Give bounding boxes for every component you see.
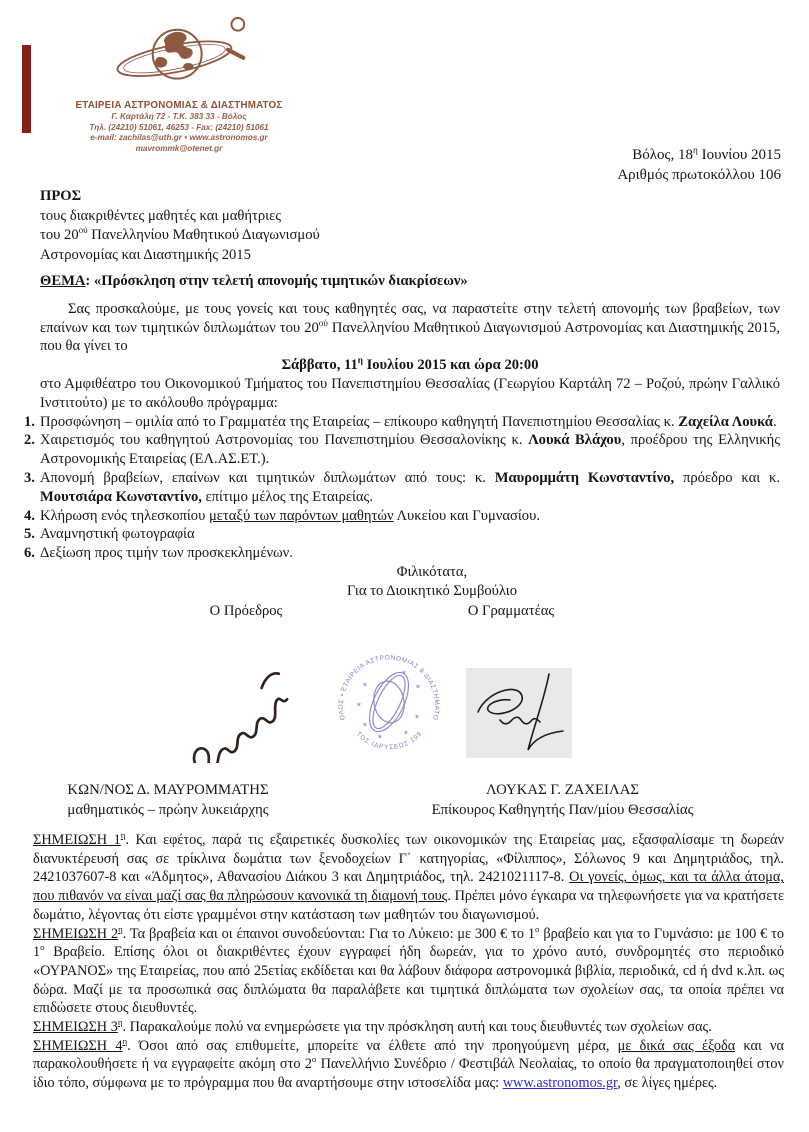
date-line: Βόλος, 18η Ιουνίου 2015 <box>617 146 781 166</box>
program-item: 5. Αναμνηστική φωτογραφία <box>24 525 780 544</box>
svg-text:✶: ✶ <box>414 713 420 721</box>
item-text: Χαιρετισμός του καθηγητού Αστρονομίας το… <box>40 432 780 467</box>
scanned-letter-page: ΕΤΑΙΡΕΙΑ ΑΣΤΡΟΝΟΜΙΑΣ & ΔΙΑΣΤΗΜΑΤΟΣ Γ. Κα… <box>0 0 809 1132</box>
org-email-2: mavrommk@otenet.gr <box>74 144 284 155</box>
note-1: ΣΗΜΕΙΩΣΗ 1η. Και εφέτος, παρά τις εξαιρε… <box>33 831 784 925</box>
officer-labels-row: Ο Πρόεδρος Ο Γραμματέας <box>40 602 780 621</box>
item-number: 5. <box>24 525 35 544</box>
stamp-planet-icon <box>361 667 416 738</box>
president-signature <box>183 659 299 763</box>
note-4: ΣΗΜΕΙΩΣΗ 4η. Όσοι από σας επιθυμείτε, μπ… <box>33 1037 784 1093</box>
svg-text:✶: ✶ <box>377 733 383 741</box>
org-name: ΕΤΑΙΡΕΙΑ ΑΣΤΡΟΝΟΜΙΑΣ & ΔΙΑΣΤΗΜΑΤΟΣ <box>74 100 284 112</box>
closing-board-line: Για το Διοικητικό Συμβούλιο <box>40 582 780 601</box>
letterhead: ΕΤΑΙΡΕΙΑ ΑΣΤΡΟΝΟΜΙΑΣ & ΔΙΑΣΤΗΜΑΤΟΣ Γ. Κα… <box>74 14 284 154</box>
item-number: 3. <box>24 469 35 488</box>
closing-block: Φιλικότατα, Για το Διοικητικό Συμβούλιο … <box>40 563 780 622</box>
org-phone-fax: Τηλ. (24210) 51061, 46253 - Fax: (24210)… <box>74 123 284 134</box>
stamp-stars: ✶✶✶ ✶✶✶ ✶✶ <box>356 669 421 741</box>
recipient-line-1: τους διακριθέντες μαθητές και μαθήτριες <box>40 207 780 227</box>
item-text: Απονομή βραβείων, επαίνων και τιμητικών … <box>40 470 780 505</box>
date-block: Βόλος, 18η Ιουνίου 2015 Αριθμός πρωτοκόλ… <box>617 146 781 185</box>
program-item: 3. Απονομή βραβείων, επαίνων και τιμητικ… <box>24 469 780 507</box>
item-number: 1. <box>24 413 35 432</box>
svg-text:✶: ✶ <box>415 683 421 691</box>
protocol-number-line: Αριθμός πρωτοκόλλου 106 <box>617 166 781 186</box>
subject-line: ΘΕΜΑ: «Πρόσκληση στην τελετή απονομής τι… <box>40 272 780 291</box>
red-scan-mark <box>22 45 31 133</box>
program-list: 1. Προσφώνηση – ομιλία από το Γραμματέα … <box>40 413 780 563</box>
secretary-label: Ο Γραμματέας <box>401 602 621 621</box>
secretary-signature-box <box>466 668 572 758</box>
item-number: 2. <box>24 431 35 450</box>
svg-text:✶: ✶ <box>362 681 368 689</box>
closing-salutation: Φιλικότατα, <box>40 563 780 582</box>
president-name-block: ΚΩΝ/ΝΟΣ Δ. ΜΑΥΡΟΜΜΑΤΗΣ μαθηματικός – πρώ… <box>28 781 308 820</box>
item-text: Προσφώνηση – ομιλία από το Γραμματέα της… <box>40 414 777 430</box>
item-number: 6. <box>24 544 35 563</box>
comet-icon <box>228 50 243 58</box>
org-address: Γ. Καρτάλη 72 - Τ.Κ. 383 33 - Βόλος <box>74 112 284 123</box>
svg-text:✶: ✶ <box>401 669 407 677</box>
secretary-name-block: ΛΟΥΚΑΣ Γ. ΖΑΧΕΙΛΑΣ Επίκουρος Καθηγητής Π… <box>390 781 735 820</box>
venue-paragraph: στο Αμφιθέατρο του Οικονομικού Τμήματος … <box>40 375 780 413</box>
letter-body: ΠΡΟΣ τους διακριθέντες μαθητές και μαθήτ… <box>40 187 780 622</box>
program-item: 1. Προσφώνηση – ομιλία από το Γραμματέα … <box>24 413 780 432</box>
intro-paragraph: Σας προσκαλούμε, με τους γονείς και τους… <box>40 300 780 356</box>
program-item: 2. Χαιρετισμός του καθηγητού Αστρονομίας… <box>24 431 780 469</box>
recipient-line-2: του 20ού Πανελληνίου Μαθητικού Διαγωνισμ… <box>40 226 780 246</box>
secretary-title: Επίκουρος Καθηγητής Παν/μίου Θεσσαλίας <box>390 801 735 821</box>
notes-section: ΣΗΜΕΙΩΣΗ 1η. Και εφέτος, παρά τις εξαιρε… <box>33 831 784 1093</box>
item-text: Αναμνηστική φωτογραφία <box>40 526 195 542</box>
sun-icon <box>232 18 245 31</box>
recipient-heading: ΠΡΟΣ <box>40 187 780 207</box>
svg-text:✶: ✶ <box>362 721 368 729</box>
org-email-web: e-mail: zachilas@uth.gr • www.astronomos… <box>74 133 284 144</box>
president-name: ΚΩΝ/ΝΟΣ Δ. ΜΑΥΡΟΜΜΑΤΗΣ <box>28 781 308 801</box>
svg-text:✶: ✶ <box>356 701 362 709</box>
program-item: 6. Δεξίωση προς τιμήν των προσκεκλημένων… <box>24 544 780 563</box>
president-title: μαθηματικός – πρώην λυκειάρχης <box>28 801 308 821</box>
item-text: Δεξίωση προς τιμήν των προσκεκλημένων. <box>40 545 293 561</box>
society-stamp: ΒΟΛΟΣ • ΕΤΑΙΡΕΙΑ ΑΣΤΡΟΝΟΜΙΑΣ & ΔΙΑΣΤΗΜΑΤ… <box>335 647 443 755</box>
item-number: 4. <box>24 507 35 526</box>
website-link[interactable]: www.astronomos.gr <box>503 1075 617 1091</box>
signature-row: ΒΟΛΟΣ • ΕΤΑΙΡΕΙΑ ΑΣΤΡΟΝΟΜΙΑΣ & ΔΙΑΣΤΗΜΑΤ… <box>0 645 809 787</box>
note-3: ΣΗΜΕΙΩΣΗ 3η. Παρακαλούμε πολύ να ενημερώ… <box>33 1018 784 1037</box>
recipient-block: ΠΡΟΣ τους διακριθέντες μαθητές και μαθήτ… <box>40 187 780 265</box>
event-datetime-line: Σάββατο, 11η Ιουλίου 2015 και ώρα 20:00 <box>40 356 780 375</box>
note-2: ΣΗΜΕΙΩΣΗ 2η. Τα βραβεία και οι έπαινοι σ… <box>33 925 784 1019</box>
item-text: Κλήρωση ενός τηλεσκοπίου μεταξύ των παρό… <box>40 508 540 524</box>
president-label: Ο Πρόεδρος <box>136 602 356 621</box>
program-item: 4. Κλήρωση ενός τηλεσκοπίου μεταξύ των π… <box>24 507 780 526</box>
recipient-line-3: Αστρονομίας και Διαστημικής 2015 <box>40 246 780 266</box>
secretary-name: ΛΟΥΚΑΣ Γ. ΖΑΧΕΙΛΑΣ <box>390 781 735 801</box>
secretary-signature <box>466 668 572 758</box>
org-logo-icon <box>93 14 265 98</box>
svg-text:✶: ✶ <box>403 729 409 737</box>
